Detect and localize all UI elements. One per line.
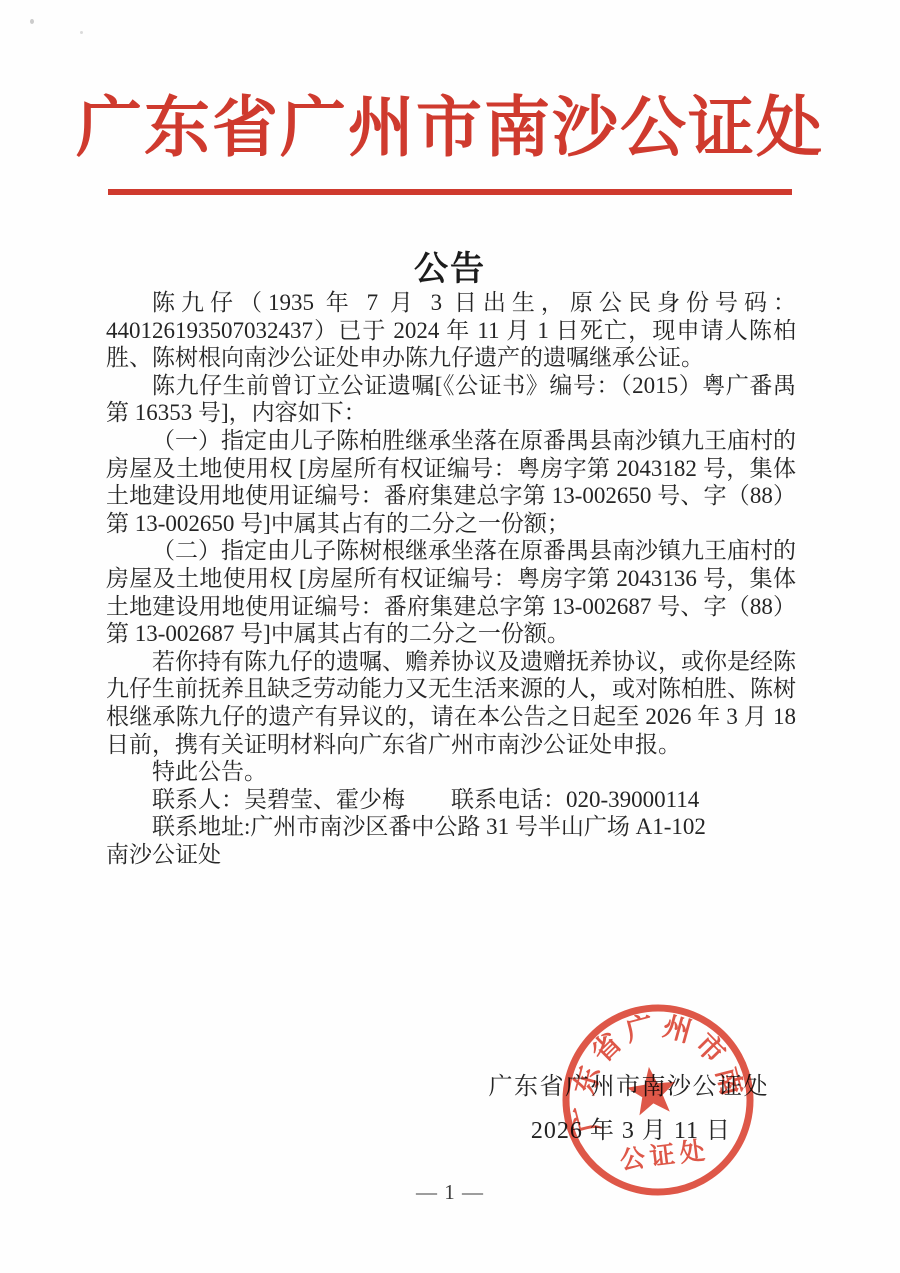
letterhead-title: 广东省广州市南沙公证处: [0, 74, 900, 169]
notice-paragraph-item-one: （一）指定由儿子陈柏胜继承坐落在原番禺县南沙镇九王庙村的房屋及土地使用权 [房屋…: [106, 427, 796, 537]
seal-star-icon: [624, 1064, 679, 1117]
notice-paragraph-intro: 陈九仔（1935 年 7 月 3 日出生，原公民身份号码：44012619350…: [106, 289, 796, 372]
scan-speck: [80, 31, 83, 34]
notice-heading: 公告: [0, 241, 900, 290]
official-seal: 广东省广州市南沙 公证处: [543, 985, 773, 1215]
contact-address-line: 联系地址:广州市南沙区番中公路 31 号半山广场 A1-102 南沙公证处: [106, 813, 796, 868]
notice-body: 陈九仔（1935 年 7 月 3 日出生，原公民身份号码：44012619350…: [106, 289, 796, 868]
letterhead-rule: [108, 189, 792, 195]
notice-paragraph-will: 陈九仔生前曾订立公证遗嘱[《公证书》编号：（2015）粤广番禺第 16353 号…: [106, 372, 796, 427]
seal-bottom-text: 公证处: [618, 1136, 711, 1175]
notice-paragraph-closing: 特此公告。: [106, 758, 796, 786]
contact-person-phone-line: 联系人：吴碧莹、霍少梅 联系电话：020-39000114: [106, 786, 796, 814]
svg-text:广东省广州市南沙: 广东省广州市南沙: [558, 1000, 751, 1137]
scan-speck: [30, 19, 34, 24]
notice-paragraph-objection: 若你持有陈九仔的遗嘱、赡养协议及遗赠抚养协议，或你是经陈九仔生前抚养且缺乏劳动能…: [106, 648, 796, 758]
seal-arc-text: 广东省广州市南沙: [558, 1000, 751, 1137]
notice-paragraph-item-two: （二）指定由儿子陈树根继承坐落在原番禺县南沙镇九王庙村的房屋及土地使用权 [房屋…: [106, 537, 796, 647]
notice-document-page: 广东省广州市南沙公证处 公告 陈九仔（1935 年 7 月 3 日出生，原公民身…: [0, 0, 900, 1273]
